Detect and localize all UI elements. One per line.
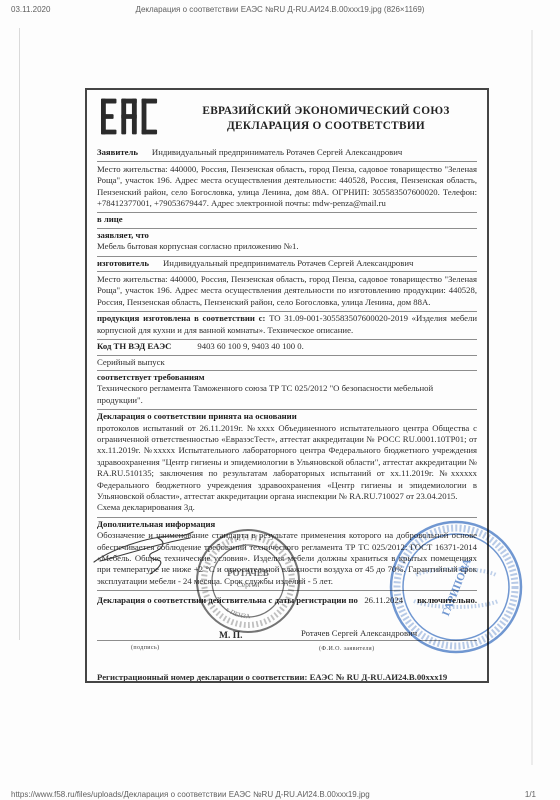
document-header: ЕВРАЗИЙСКИЙ ЭКОНОМИЧЕСКИЙ СОЮЗ ДЕКЛАРАЦИ… (97, 97, 477, 140)
declares-block: заявляет, что Мебель бытовая корпусная с… (97, 229, 477, 257)
manufacturer-details: Место жительства: 440000, Россия, Пензен… (97, 272, 477, 312)
compliance-label: соответствует требованиям (97, 372, 477, 383)
tnved-row: Код ТН ВЭД ЕАЭС9403 60 100 9, 9403 40 10… (97, 340, 477, 355)
applicant-label: Заявитель (97, 147, 138, 157)
print-footer-url: https://www.f58.ru/files/uploads/Деклара… (11, 790, 370, 799)
product-label: продукция изготовлена в соответствии с: (97, 313, 265, 323)
gray-stamp-city: г. ПЕНЗА (224, 606, 250, 620)
applicant-details: Место жительства: 440000, Россия, Пензен… (97, 162, 477, 214)
scan-fold-line (19, 28, 20, 640)
print-header-title: Декларация о соответствии ЕАЭС №RU Д-RU.… (0, 5, 560, 14)
eac-logo-icon (97, 97, 175, 140)
scan-paper-edge (531, 30, 533, 765)
manufacturer-row: изготовительИндивидуальный предпринимате… (97, 257, 477, 272)
basis-body: протоколов испытаний от 26.11.2019г. №хх… (97, 423, 477, 503)
manufacturer-label: изготовитель (97, 258, 149, 268)
registration-number-label: Регистрационный номер декларации о соотв… (97, 672, 307, 682)
print-footer-page: 1/1 (525, 790, 536, 799)
signature-ink (90, 528, 200, 580)
document-title-line2: ДЕКЛАРАЦИЯ О СООТВЕТСТВИИ (175, 119, 477, 134)
registration-number-row: Регистрационный номер декларации о соотв… (97, 672, 477, 683)
tnved-value: 9403 60 100 9, 9403 40 100 0. (197, 341, 303, 352)
round-blue-stamp: ГАРИПОВА (386, 517, 526, 657)
declares-value: Мебель бытовая корпусная согласно прилож… (97, 241, 299, 251)
applicant-row: ЗаявительИндивидуальный предприниматель … (97, 146, 477, 161)
basis-label: Декларация о соответствии принята на осн… (97, 411, 477, 422)
signature-caption: (подпись) (131, 643, 160, 654)
gray-stamp-name: РОТАЧЕВ (227, 568, 269, 578)
in-person-label: в лице (97, 214, 123, 224)
compliance-value: Технического регламента Таможенного союз… (97, 383, 433, 404)
print-preview-page: { "browser": { "date": "03.11.2020", "ti… (0, 0, 560, 800)
basis-block: Декларация о соответствии принята на осн… (97, 410, 477, 518)
applicant-value: Индивидуальный предприниматель Ротачев С… (152, 147, 402, 157)
declarant-name-caption: (Ф.И.О. заявителя) (319, 644, 374, 655)
manufacturer-value: Индивидуальный предприниматель Ротачев С… (163, 258, 413, 268)
round-gray-stamp: РОТАЧЕВ Сергей г. ПЕНЗА (193, 526, 303, 636)
svg-text:г. ПЕНЗА: г. ПЕНЗА (224, 606, 250, 620)
in-person-row: в лице (97, 213, 477, 228)
document-title-line1: ЕВРАЗИЙСКИЙ ЭКОНОМИЧЕСКИЙ СОЮЗ (175, 104, 477, 119)
registration-number-value: ЕАЭС № RU Д-RU.АИ24.В.00ххх19 (310, 672, 448, 682)
serial-label: Серийный выпуск (97, 357, 165, 367)
document-title: ЕВРАЗИЙСКИЙ ЭКОНОМИЧЕСКИЙ СОЮЗ ДЕКЛАРАЦИ… (175, 104, 477, 134)
tnved-label: Код ТН ВЭД ЕАЭС (97, 341, 171, 351)
gray-stamp-name2: Сергей (237, 580, 260, 589)
basis-scheme: Схема декларирования 3д. (97, 502, 195, 512)
compliance-block: соответствует требованиям Технического р… (97, 371, 477, 410)
product-block: продукция изготовлена в соответствии с: … (97, 312, 477, 340)
serial-row: Серийный выпуск (97, 356, 477, 371)
declares-label: заявляет, что (97, 230, 477, 241)
